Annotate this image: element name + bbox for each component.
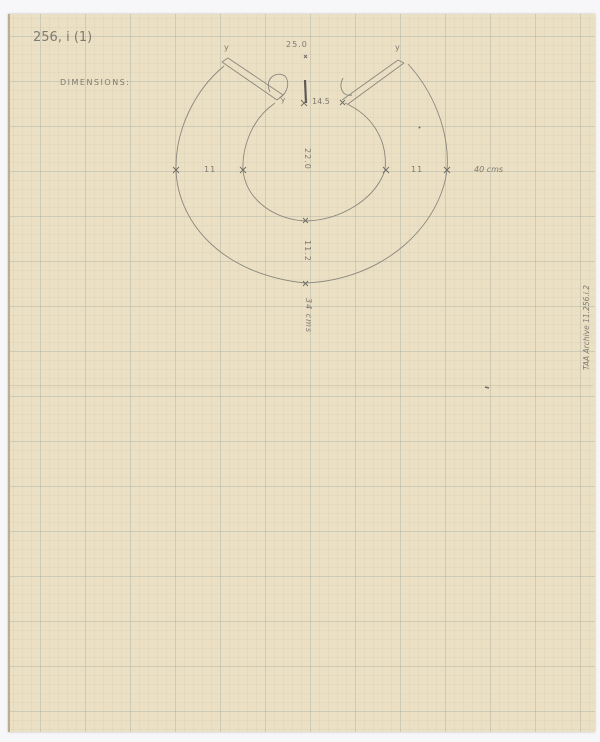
total-width-label: 40 cms xyxy=(474,165,503,174)
top-width-label: 25.0 xyxy=(286,40,308,49)
archive-label: TAA Archive 11.256.i.2 xyxy=(582,285,591,370)
total-height-label: 34 cms xyxy=(304,298,313,333)
bottom-band-label: 11.2 xyxy=(303,240,312,262)
corner-mark-right: y xyxy=(395,43,401,52)
neck-gap-label: 14.5 xyxy=(312,97,330,106)
inner-height-label: 22.0 xyxy=(303,148,312,170)
neck-corner-mark: y xyxy=(281,96,286,104)
collar-pattern-drawing xyxy=(0,0,600,742)
right-band-label: 11 xyxy=(411,165,423,174)
corner-mark-left: y xyxy=(224,43,230,52)
left-band-label: 11 xyxy=(204,165,216,174)
